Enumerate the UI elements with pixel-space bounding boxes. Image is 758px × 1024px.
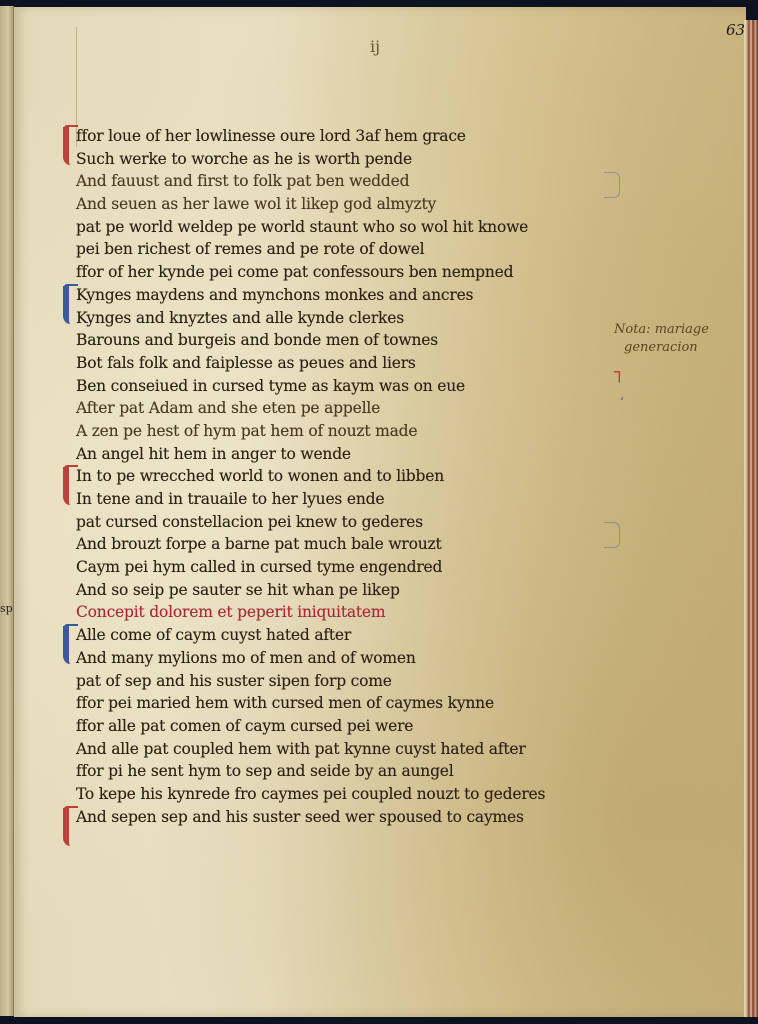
verse-line: Caym pei hym called in cursed tyme engen… (76, 556, 696, 579)
book-fore-edge (744, 20, 758, 1018)
verse-line: And fauust and first to folk pat ben wed… (76, 170, 696, 193)
marginal-note: Nota: mariage generacion (614, 321, 744, 357)
signature-mark: ij (370, 37, 380, 56)
verse-line: And so seip pe sauter se hit whan pe lik… (76, 579, 696, 602)
verse-line: pat cursed constellacion pei knew to ged… (76, 511, 696, 534)
verse-line: A zen pe hest of hym pat hem of nouzt ma… (76, 420, 696, 443)
verse-line: ffor of her kynde pei come pat confessou… (76, 261, 696, 284)
verse-line: ffor pei maried hem with cursed men of c… (76, 692, 696, 715)
facing-page-edge: sp (0, 6, 14, 1016)
manuscript-folio: ij 63 ffor loue of her lowlinesse oure l… (14, 7, 746, 1017)
verse-line: Ben conseiued in cursed tyme as kaym was… (76, 375, 696, 398)
blue-guide-mark-icon: ‘ (620, 395, 624, 409)
verse-line: And brouzt forpe a barne pat much bale w… (76, 533, 696, 556)
manuscript-viewer: sp ij 63 ffor loue of her lowlinesse our… (0, 0, 758, 1024)
verse-line: pat pe world weldep pe world staunt who … (76, 216, 696, 239)
initial-guide-bracket-icon (604, 522, 620, 548)
verse-line: And seuen as her lawe wol it likep god a… (76, 193, 696, 216)
verse-line: An angel hit hem in anger to wende (76, 443, 696, 466)
red-guide-mark-icon: ┐ (614, 362, 625, 383)
verse-line: Kynges and knyztes and alle kynde clerke… (76, 307, 696, 330)
facing-page-fragment-1: sp (0, 581, 14, 637)
marginal-note-line-2: generacion (614, 339, 744, 357)
red-initial-icon (64, 806, 78, 846)
folio-number: 63 (726, 21, 745, 39)
verse-line: Bot fals folk and faiplesse as peues and… (76, 352, 696, 375)
verse-line: ffor loue of her lowlinesse oure lord 3a… (76, 125, 696, 148)
verse-line: In to pe wrecched world to wonen and to … (76, 465, 696, 488)
verse-line: And sepen sep and his suster seed wer sp… (76, 806, 696, 829)
marginal-note-line-1: Nota: mariage (614, 321, 744, 339)
verse-line: In tene and in trauaile to her lyues end… (76, 488, 696, 511)
verse-line: And many mylions mo of men and of women (76, 647, 696, 670)
verse-line: ffor pi he sent hym to sep and seide by … (76, 760, 696, 783)
initial-guide-bracket-icon (604, 172, 620, 198)
verse-line: After pat Adam and she eten pe appelle (76, 397, 696, 420)
verse-line: Barouns and burgeis and bonde men of tow… (76, 329, 696, 352)
verse-line: Alle come of caym cuyst hated after (76, 624, 696, 647)
verse-text-block: ffor loue of her lowlinesse oure lord 3a… (76, 125, 696, 828)
verse-line: Such werke to worche as he is worth pend… (76, 148, 696, 171)
verse-line: ffor alle pat comen of caym cursed pei w… (76, 715, 696, 738)
verse-line: Kynges maydens and mynchons monkes and a… (76, 284, 696, 307)
background-shadow (14, 1017, 758, 1024)
verse-line: And alle pat coupled hem with pat kynne … (76, 738, 696, 761)
verse-line: To kepe his kynrede fro caymes pei coupl… (76, 783, 696, 806)
latin-rubric-line: Concepit dolorem et peperit iniquitatem (76, 601, 696, 624)
verse-line: pei ben richest of remes and pe rote of … (76, 238, 696, 261)
verse-line: pat of sep and his suster sipen forp com… (76, 670, 696, 693)
